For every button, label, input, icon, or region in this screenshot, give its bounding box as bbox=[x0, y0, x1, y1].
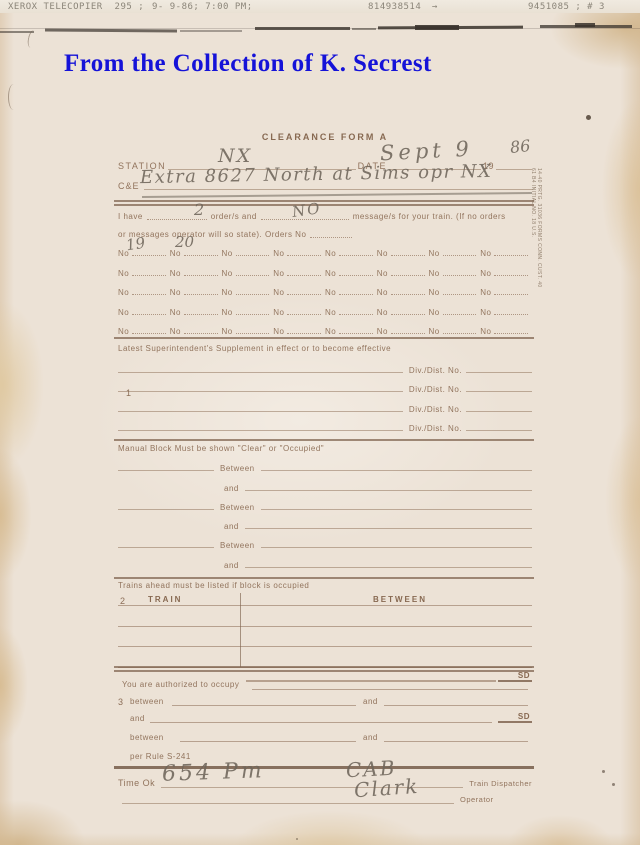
section-3-number: 3 bbox=[118, 697, 123, 707]
dotted-fill-line bbox=[339, 274, 373, 276]
manual-block-heading: Manual Block Must be shown "Clear" or "O… bbox=[118, 444, 532, 453]
dotted-fill-line bbox=[184, 274, 218, 276]
order-number-cell: No bbox=[429, 327, 481, 337]
order-no-label: No bbox=[325, 308, 336, 318]
train-column-header: TRAIN bbox=[148, 595, 268, 605]
dotted-fill-line bbox=[184, 332, 218, 334]
order-number-row: NoNoNoNoNoNoNoNo bbox=[118, 279, 532, 298]
dotted-fill-line bbox=[287, 313, 321, 315]
dotted-fill-line bbox=[391, 274, 425, 276]
order-number-cell: No bbox=[222, 269, 274, 279]
train-dispatcher-label: Train Dispatcher bbox=[469, 779, 532, 789]
manual-block-fill-line bbox=[245, 567, 532, 568]
order-number-1-handwritten: 19 bbox=[125, 234, 147, 255]
order-no-label: No bbox=[170, 269, 181, 279]
order-no-label: No bbox=[170, 288, 181, 298]
order-no-label: No bbox=[118, 269, 129, 279]
order-number-cell: No bbox=[222, 327, 274, 337]
dotted-fill-line bbox=[287, 254, 321, 256]
order-number-cell: No bbox=[170, 308, 222, 318]
authorized-occupy-label: You are authorized to occupy bbox=[122, 680, 239, 689]
section-2-number: 2 bbox=[120, 596, 125, 606]
dotted-fill-line bbox=[391, 332, 425, 334]
order-number-cell: No bbox=[377, 308, 429, 318]
order-number-cell: No bbox=[429, 269, 481, 279]
dotted-fill-line bbox=[391, 254, 425, 256]
fax-header-strip: XEROX TELECOPIER 295 ; 9- 9-86; 7:00 PM;… bbox=[0, 0, 640, 13]
div-dist-no-fill-line bbox=[466, 430, 532, 431]
dotted-fill-line bbox=[132, 254, 166, 256]
dotted-fill-line bbox=[184, 254, 218, 256]
order-no-label: No bbox=[170, 308, 181, 318]
supplement-fill-line bbox=[118, 372, 403, 373]
order-number-cell: No bbox=[273, 327, 325, 337]
div-dist-no-label: Div./Dist. No. bbox=[403, 385, 466, 394]
paper-crease-mark bbox=[8, 84, 19, 110]
order-no-label: No bbox=[377, 249, 388, 259]
printers-imprint-line1: 14-40 PRTG. 31036 FORMS CONN. CUST. 40 bbox=[536, 168, 542, 336]
order-number-cell: No bbox=[325, 288, 377, 298]
order-number-cell: No bbox=[325, 327, 377, 337]
dotted-fill-line bbox=[287, 332, 321, 334]
manual-block-between-row: Between bbox=[118, 531, 532, 550]
supplement-row: Div./Dist. No. bbox=[118, 355, 532, 375]
order-no-label: No bbox=[480, 308, 491, 318]
order-number-cell: No bbox=[222, 308, 274, 318]
have-line-part1: I have bbox=[118, 212, 143, 222]
operator-handwritten-signature: Clark bbox=[353, 774, 420, 802]
order-no-label: No bbox=[429, 249, 440, 259]
supplement-row: Div./Dist. No. bbox=[118, 414, 532, 434]
and-label: and bbox=[218, 561, 245, 570]
order-no-label: No bbox=[273, 288, 284, 298]
and-label-2: and bbox=[130, 714, 145, 723]
manual-block-fill-line bbox=[261, 470, 532, 471]
manual-block-and-row: and bbox=[118, 512, 532, 531]
order-no-label: No bbox=[377, 288, 388, 298]
and-label-1: and bbox=[363, 697, 378, 706]
paper-stain bbox=[296, 838, 298, 840]
order-numbers-grid: NoNoNoNoNoNoNoNoNoNoNoNoNoNoNoNoNoNoNoNo… bbox=[118, 240, 532, 338]
order-number-cell: No bbox=[222, 249, 274, 259]
torn-edge-mark bbox=[45, 29, 177, 33]
supplement-fill-line bbox=[118, 411, 403, 412]
manual-block-and-row: and bbox=[118, 473, 532, 492]
order-no-label: No bbox=[377, 269, 388, 279]
order-number-cell: No bbox=[429, 288, 481, 298]
torn-edge-mark bbox=[575, 23, 595, 27]
order-number-cell: No bbox=[429, 308, 481, 318]
paper-stain bbox=[586, 115, 591, 120]
dotted-fill-line bbox=[339, 313, 373, 315]
dotted-fill-line bbox=[443, 254, 477, 256]
torn-edge-mark bbox=[180, 30, 242, 32]
div-dist-no-fill-line bbox=[466, 411, 532, 412]
dotted-fill-line bbox=[236, 293, 270, 295]
order-number-cell: No bbox=[325, 269, 377, 279]
dotted-fill-line bbox=[443, 332, 477, 334]
order-no-label: No bbox=[480, 269, 491, 279]
torn-edge-mark bbox=[0, 28, 640, 29]
manual-block-left-line bbox=[118, 547, 214, 548]
order-number-cell: No bbox=[480, 269, 532, 279]
dotted-fill-line bbox=[494, 313, 528, 315]
between-label: Between bbox=[214, 541, 261, 550]
div-dist-no-label: Div./Dist. No. bbox=[403, 424, 466, 433]
train-table-divider bbox=[240, 593, 241, 667]
order-number-cell: No bbox=[118, 327, 170, 337]
train-table-row bbox=[118, 627, 532, 648]
fax-to-number: 9451085 ; # 3 bbox=[528, 2, 605, 12]
dotted-fill-line bbox=[391, 293, 425, 295]
order-number-cell: No bbox=[170, 288, 222, 298]
order-number-cell: No bbox=[273, 249, 325, 259]
paper-stain bbox=[602, 770, 605, 773]
between-label: Between bbox=[214, 503, 261, 512]
fax-from-number: 814938514 bbox=[368, 2, 421, 12]
between-label-2: between bbox=[130, 733, 164, 742]
order-number-2-handwritten: 20 bbox=[175, 233, 194, 251]
trains-ahead-heading: Trains ahead must be listed if block is … bbox=[118, 581, 532, 590]
time-ok-handwritten: 654 Pm bbox=[162, 758, 265, 787]
dotted-fill-line bbox=[132, 293, 166, 295]
order-no-label: No bbox=[273, 249, 284, 259]
order-number-row: NoNoNoNoNoNoNoNo bbox=[118, 318, 532, 337]
order-no-label: No bbox=[222, 327, 233, 337]
order-no-label: No bbox=[429, 327, 440, 337]
order-number-cell: No bbox=[118, 308, 170, 318]
dotted-fill-line bbox=[339, 254, 373, 256]
supplement-fill-line bbox=[118, 391, 403, 392]
order-no-label: No bbox=[273, 308, 284, 318]
dotted-fill-line bbox=[132, 313, 166, 315]
order-no-label: No bbox=[480, 327, 491, 337]
and-label-3: and bbox=[363, 733, 378, 742]
supplement-row: Div./Dist. No. bbox=[118, 375, 532, 395]
time-ok-label: Time Ok bbox=[118, 778, 155, 789]
order-number-cell: No bbox=[118, 288, 170, 298]
manual-block-between-row: Between bbox=[118, 454, 532, 473]
dotted-fill-line bbox=[494, 274, 528, 276]
order-no-label: No bbox=[377, 308, 388, 318]
order-number-cell: No bbox=[480, 249, 532, 259]
order-number-cell: No bbox=[118, 269, 170, 279]
order-number-cell: No bbox=[170, 327, 222, 337]
between-label-1: between bbox=[130, 697, 164, 706]
printers-imprint-vertical: 14-40 PRTG. 31036 FORMS CONN. CUST. 40 6… bbox=[528, 168, 542, 336]
fax-machine-id: XEROX TELECOPIER 295 ; bbox=[8, 2, 144, 12]
supplement-row: Div./Dist. No. bbox=[118, 394, 532, 414]
order-number-row: NoNoNoNoNoNoNoNo bbox=[118, 259, 532, 278]
supplement-fill-line bbox=[118, 430, 403, 431]
order-number-cell: No bbox=[377, 327, 429, 337]
year-handwritten-value: 86 bbox=[509, 136, 531, 157]
sd-label-2: SD bbox=[518, 712, 530, 721]
dotted-fill-line bbox=[132, 274, 166, 276]
manual-block-fill-line bbox=[245, 490, 532, 491]
order-no-label: No bbox=[170, 327, 181, 337]
dotted-fill-line bbox=[443, 274, 477, 276]
dotted-fill-line bbox=[236, 274, 270, 276]
have-line-part2: order/s and bbox=[211, 212, 257, 222]
order-number-cell: No bbox=[377, 249, 429, 259]
dotted-fill-line bbox=[287, 274, 321, 276]
order-number-cell: No bbox=[325, 249, 377, 259]
dotted-fill-line bbox=[287, 293, 321, 295]
order-no-label: No bbox=[118, 327, 129, 337]
order-number-cell: No bbox=[429, 249, 481, 259]
collection-stamp-text: From the Collection of K. Secrest bbox=[64, 50, 432, 78]
between-label: Between bbox=[214, 464, 261, 473]
manual-block-left-line bbox=[118, 509, 214, 510]
order-no-label: No bbox=[222, 269, 233, 279]
between-column-header: BETWEEN bbox=[268, 595, 532, 605]
train-table-row bbox=[118, 647, 532, 668]
scanned-clearance-form: XEROX TELECOPIER 295 ; 9- 9-86; 7:00 PM;… bbox=[0, 0, 640, 845]
order-no-label: No bbox=[325, 288, 336, 298]
per-rule-label: per Rule S-241 bbox=[130, 752, 191, 761]
dotted-fill-line bbox=[494, 332, 528, 334]
order-number-cell: No bbox=[170, 269, 222, 279]
train-rows bbox=[118, 606, 532, 668]
orders-count-handwritten: 2 bbox=[194, 200, 204, 219]
order-no-label: No bbox=[429, 269, 440, 279]
order-no-label: No bbox=[480, 288, 491, 298]
station-handwritten-value: NX bbox=[218, 145, 252, 167]
div-dist-no-fill-line bbox=[466, 391, 532, 392]
div-dist-no-fill-line bbox=[466, 372, 532, 373]
order-no-label: No bbox=[429, 308, 440, 318]
dotted-fill-line bbox=[236, 254, 270, 256]
order-number-row: NoNoNoNoNoNoNoNo bbox=[118, 298, 532, 317]
manual-block-rows: BetweenandBetweenandBetweenand bbox=[118, 454, 532, 570]
manual-block-left-line bbox=[118, 470, 214, 471]
manual-block-fill-line bbox=[261, 509, 532, 510]
order-no-label: No bbox=[222, 249, 233, 259]
order-number-cell: No bbox=[480, 308, 532, 318]
order-number-cell: No bbox=[377, 269, 429, 279]
dotted-fill-line bbox=[494, 293, 528, 295]
have-line-2: or messages operator will so state). Ord… bbox=[118, 230, 306, 240]
dotted-fill-line bbox=[391, 313, 425, 315]
order-no-label: No bbox=[325, 249, 336, 259]
order-number-cell: No bbox=[480, 288, 532, 298]
div-dist-no-label: Div./Dist. No. bbox=[403, 405, 466, 414]
manual-block-between-row: Between bbox=[118, 493, 532, 512]
order-number-cell: No bbox=[273, 288, 325, 298]
manual-block-and-row: and bbox=[118, 550, 532, 569]
dotted-fill-line bbox=[339, 293, 373, 295]
order-number-cell: No bbox=[325, 308, 377, 318]
section-1-number: 1 bbox=[126, 388, 131, 398]
order-no-label: No bbox=[222, 288, 233, 298]
dotted-fill-line bbox=[184, 313, 218, 315]
manual-block-fill-line bbox=[245, 528, 532, 529]
order-no-label: No bbox=[118, 308, 129, 318]
order-number-cell: No bbox=[480, 327, 532, 337]
operator-label: Operator bbox=[460, 795, 494, 805]
train-table-row bbox=[118, 606, 532, 627]
order-no-label: No bbox=[325, 269, 336, 279]
ce-label: C&E bbox=[118, 181, 140, 192]
order-no-label: No bbox=[118, 288, 129, 298]
sd-label-1: SD bbox=[518, 671, 530, 680]
have-line-part3: message/s for your train. (If no orders bbox=[353, 212, 506, 222]
order-no-label: No bbox=[480, 249, 491, 259]
and-label: and bbox=[218, 522, 245, 531]
fax-arrow-icon: → bbox=[432, 2, 438, 12]
order-no-label: No bbox=[325, 327, 336, 337]
fax-datetime: 9- 9-86; 7:00 PM; bbox=[152, 2, 253, 12]
order-number-cell: No bbox=[377, 288, 429, 298]
order-number-cell: No bbox=[273, 269, 325, 279]
dotted-fill-line bbox=[443, 313, 477, 315]
div-dist-no-label: Div./Dist. No. bbox=[403, 366, 466, 375]
order-no-label: No bbox=[429, 288, 440, 298]
order-no-label: No bbox=[377, 327, 388, 337]
dotted-fill-line bbox=[132, 332, 166, 334]
paper-stain bbox=[612, 783, 615, 786]
supplement-heading: Latest Superintendent's Supplement in ef… bbox=[118, 344, 532, 353]
dotted-fill-line bbox=[494, 254, 528, 256]
manual-block-fill-line bbox=[261, 547, 532, 548]
order-no-label: No bbox=[222, 308, 233, 318]
supplement-rows: Div./Dist. No.Div./Dist. No.Div./Dist. N… bbox=[118, 355, 532, 433]
order-no-label: No bbox=[273, 327, 284, 337]
dotted-fill-line bbox=[184, 293, 218, 295]
dotted-fill-line bbox=[236, 332, 270, 334]
order-number-cell: No bbox=[273, 308, 325, 318]
and-label: and bbox=[218, 484, 245, 493]
dotted-fill-line bbox=[443, 293, 477, 295]
order-number-cell: No bbox=[222, 288, 274, 298]
handwritten-underline-stroke bbox=[142, 192, 532, 198]
dotted-fill-line bbox=[236, 313, 270, 315]
order-no-label: No bbox=[273, 269, 284, 279]
dotted-fill-line bbox=[339, 332, 373, 334]
